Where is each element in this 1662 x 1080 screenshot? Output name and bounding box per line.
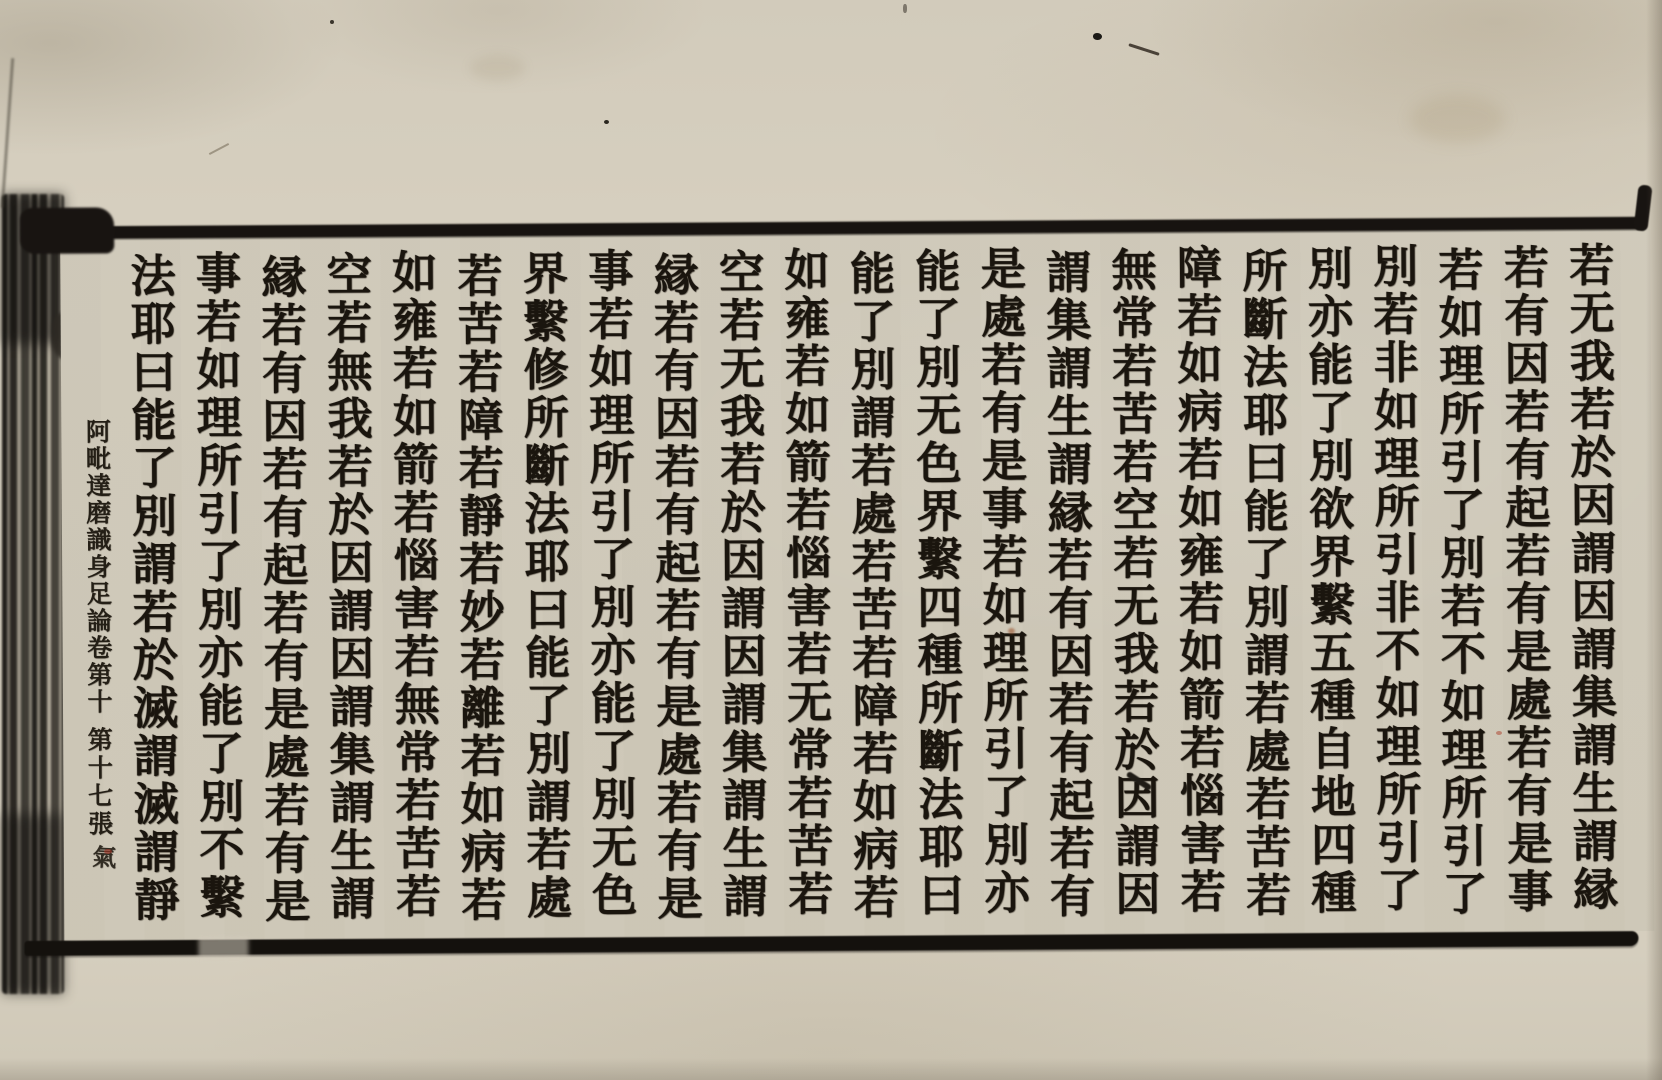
volume-title: 阿毗達磨識身足論卷第十 [76,418,116,738]
text-column-3: 若如理所引了別若不如理所引了 [1423,246,1493,946]
text-column-14: 空若无我若於因謂因謂集謂生謂 [704,248,774,948]
text-column-13: 如雍若如箭若惱害若无常若苦若 [769,246,839,946]
red-mark [104,849,112,854]
frame-corner-blotch [20,207,114,254]
text-column-10: 是處若有是事若如理所引了別亦 [966,245,1036,945]
text-column-2: 若有因若有起若有是處若有是事 [1489,244,1559,944]
ink-speck [330,20,334,24]
sheet-number: 第十七張 [78,726,117,841]
text-column-18: 若苦若障若靜若妙若離若如病若 [442,252,512,952]
text-column-23: 法耶曰能了別謂若於滅謂滅謂靜 [115,252,185,952]
text-column-6: 所斷法耶曰能了別謂若處若苦若 [1227,247,1297,947]
text-column-22: 事若如理所引了別亦能了別不繫 [181,250,251,950]
text-column-4: 別若非如理所引非不如理所引了 [1358,242,1428,942]
text-column-20: 空若無我若於因謂因謂集謂生謂 [312,251,382,951]
text-column-19: 如雍若如箭若惱害若無常若苦若 [377,248,447,948]
rust-spot [1008,628,1015,634]
text-column-16: 事若如理所引了別亦能了別无色 [573,247,643,947]
paper-stain [470,55,525,81]
printed-block: 若无我若於因謂因謂集謂生謂縁若有因若有起若有是處若有是事若如理所引了別若不如理所… [0,0,1662,1080]
text-column-5: 別亦能了別欲界繫五種自地四種 [1293,245,1363,945]
paper-stain [1410,95,1505,143]
ink-speck [1093,33,1102,40]
red-mark [1496,731,1502,735]
series-mark: 氣 [81,844,120,870]
text-column-8: 無常若苦若空若无我若於因謂因 [1096,246,1166,946]
paper-right-edge [1646,0,1662,1080]
text-column-7: 障若如病若如雍若如箭若惱害若 [1162,244,1232,944]
text-column-21: 縁若有因若有起若有是處若有是 [246,253,316,953]
text-column-9: 謂集謂生謂縁若有因若有起若有 [1031,248,1101,948]
paper-bottom-edge [0,1058,1662,1080]
text-column-12: 能了別謂若處若苦若障若如病若 [835,250,905,950]
text-column-11: 能了別无色界繫四種所斷法耶曰 [900,247,970,947]
text-column-17: 界繫修所斷法耶曰能了別謂若處 [508,250,578,950]
text-columns: 若无我若於因謂因謂集謂生謂縁若有因若有起若有是處若有是事若如理所引了別若不如理所… [0,0,1659,5]
manuscript-page: 若无我若於因謂因謂集謂生謂縁若有因若有起若有是處若有是事若如理所引了別若不如理所… [0,0,1662,1080]
text-column-15: 縁若有因若有起若有是處若有是 [639,251,709,951]
ink-speck [903,4,907,13]
ink-speck [604,120,609,124]
text-column-1: 若无我若於因謂因謂集謂生謂縁 [1554,241,1624,941]
